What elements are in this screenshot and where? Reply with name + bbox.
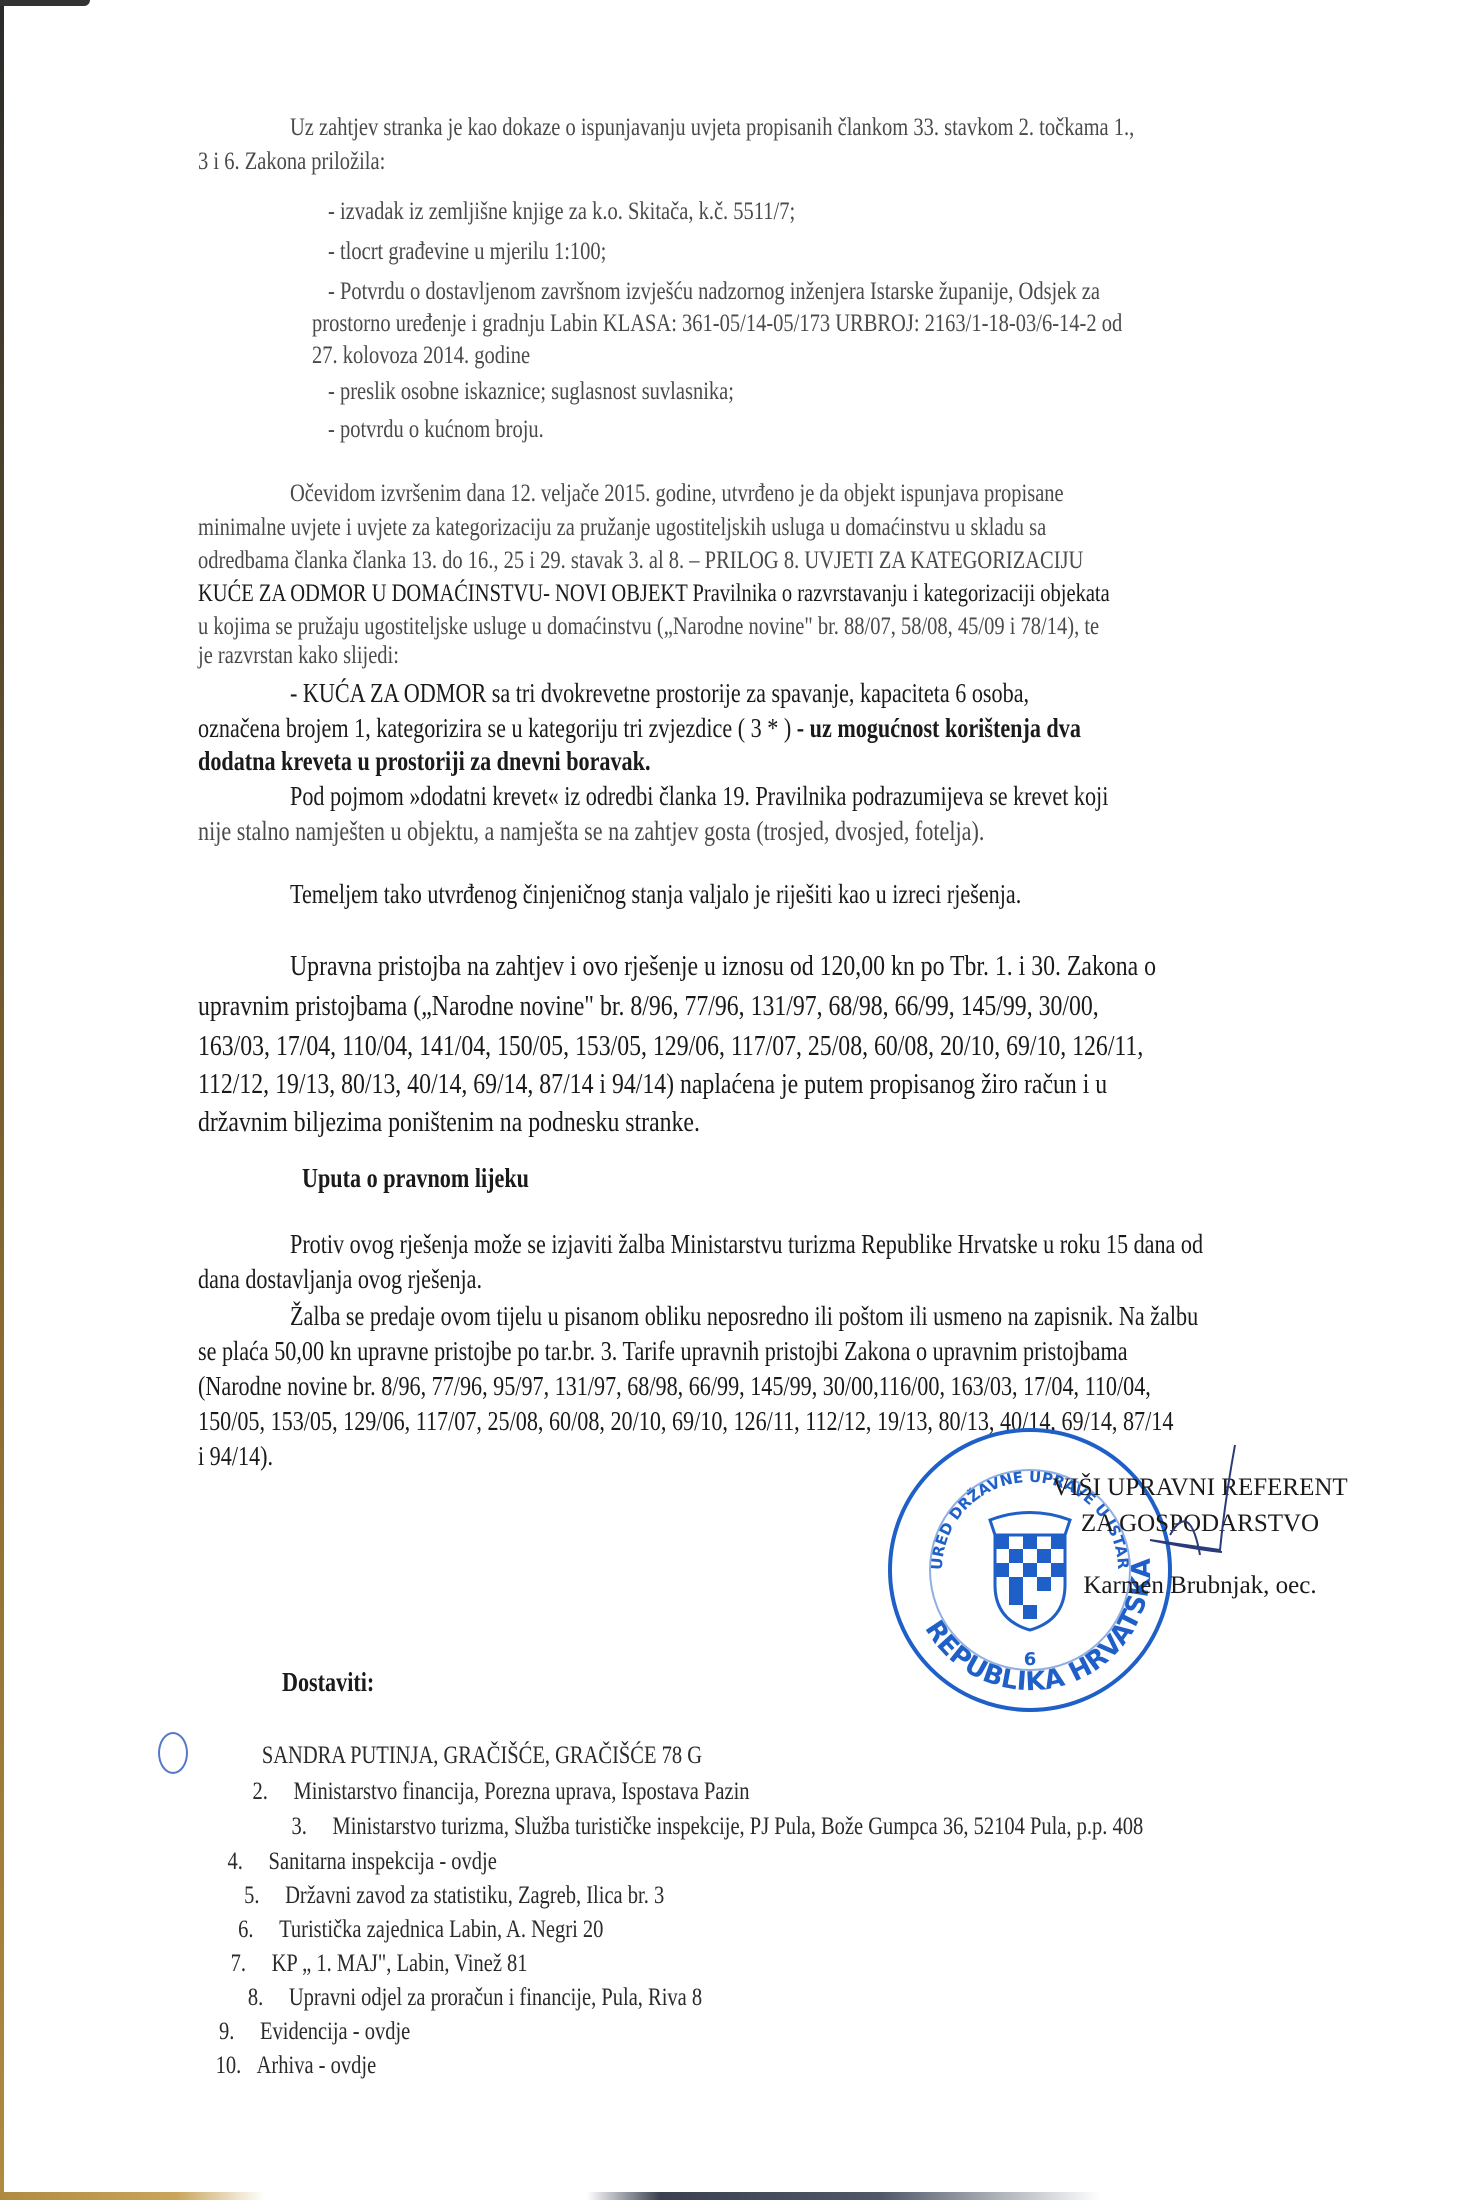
intro-line-2: 3 i 6. Zakona priložila: xyxy=(198,146,385,178)
fee-line: upravnim pristojbama („Narodne novine" b… xyxy=(198,990,1099,1022)
fee-line: 163/03, 17/04, 110/04, 141/04, 150/05, 1… xyxy=(198,1030,1143,1062)
legal-remedy-line: Žalba se predaje ovom tijelu u pisanom o… xyxy=(290,1300,1198,1332)
fee-line: Upravna pristojba na zahtjev i ovo rješe… xyxy=(290,950,1156,982)
classification-line-1: - KUĆA ZA ODMOR sa tri dvokrevetne prost… xyxy=(290,677,1029,709)
classification-line-2: označena brojem 1, kategorizira se u kat… xyxy=(198,712,1081,744)
conclusion-text: Temeljem tako utvrđenog činjeničnog stan… xyxy=(290,878,1021,910)
legal-remedy-heading: Uputa o pravnom lijeku xyxy=(302,1162,529,1194)
handwritten-circle-mark xyxy=(158,1732,188,1774)
legal-remedy-line: Protiv ovog rješenja može se izjaviti ža… xyxy=(290,1228,1203,1260)
recipient-item: 9.Evidencija - ovdje xyxy=(219,2016,410,2048)
attachment-item: - izvadak iz zemljišne knjige za k.o. Sk… xyxy=(328,196,795,228)
legal-remedy-line: se plaća 50,00 kn upravne pristojbe po t… xyxy=(198,1335,1128,1367)
attachment-item: - preslik osobne iskaznice; suglasnost s… xyxy=(328,376,734,408)
legal-remedy-line: (Narodne novine br. 8/96, 77/96, 95/97, … xyxy=(198,1370,1151,1402)
recipient-item: 6.Turistička zajednica Labin, A. Negri 2… xyxy=(238,1914,603,1946)
classification-extra-beds: - uz mogućnost korištenja dva xyxy=(791,713,1081,743)
recipient-item: 7.KP „ 1. MAJ", Labin, Vinež 81 xyxy=(231,1948,528,1980)
recipient-item: 10.Arhiva - ovdje xyxy=(216,2050,377,2082)
attachment-item: - tlocrt građevine u mjerilu 1:100; xyxy=(328,236,606,268)
classification-rooms: sa tri dvokrevetne prostorije za spavanj… xyxy=(486,678,1029,708)
inspection-line: odredbama članka članka 13. do 16., 25 i… xyxy=(198,545,1083,577)
inspection-line: minimalne uvjete i uvjete za kategorizac… xyxy=(198,512,1046,544)
attachment-item-cont: 27. kolovoza 2014. godine xyxy=(312,340,530,372)
classification-house-type: KUĆA ZA ODMOR xyxy=(303,678,486,708)
recipient-item: 5.Državni zavod za statistiku, Zagreb, I… xyxy=(244,1880,664,1912)
attachment-item: - potvrdu o kućnom broju. xyxy=(328,414,544,446)
handwritten-signature xyxy=(1130,1440,1330,1600)
classification-line-3: dodatna kreveta u prostoriji za dnevni b… xyxy=(198,745,650,777)
inspection-line: Očevidom izvršenim dana 12. veljače 2015… xyxy=(290,478,1064,510)
fee-line: državnim biljezima poništenim na podnesk… xyxy=(198,1106,700,1138)
recipient-item: 4.Sanitarna inspekcija - ovdje xyxy=(228,1846,497,1878)
inspection-line: KUĆE ZA ODMOR U DOMAĆINSTVU- NOVI OBJEKT… xyxy=(198,578,1110,610)
classification-category: označena brojem 1, kategorizira se u kat… xyxy=(198,713,791,743)
classification-dash: - xyxy=(290,678,297,708)
delivery-heading: Dostaviti: xyxy=(282,1666,374,1698)
fee-line: 112/12, 19/13, 80/13, 40/14, 69/14, 87/1… xyxy=(198,1068,1107,1100)
inspection-line: je razvrstan kako slijedi: xyxy=(198,640,399,672)
legal-remedy-line: i 94/14). xyxy=(198,1440,273,1472)
recipient-item: 1.SANDRA PUTINJA, GRAČIŠĆE, GRAČIŠĆE 78 … xyxy=(221,1740,702,1772)
recipient-item: 2.Ministarstvo financija, Porezna uprava… xyxy=(253,1776,750,1808)
document-page: Uz zahtjev stranka je kao dokaze o ispun… xyxy=(0,0,1467,2200)
legal-remedy-line: dana dostavljanja ovog rješenja. xyxy=(198,1263,482,1295)
attachment-item: - Potvrdu o dostavljenom završnom izvješ… xyxy=(328,276,1100,308)
inspection-line: u kojima se pružaju ugostiteljske usluge… xyxy=(198,611,1099,643)
attachment-item-cont: prostorno uređenje i gradnju Labin KLASA… xyxy=(312,308,1122,340)
extra-bed-line-1: Pod pojmom »dodatni krevet« iz odredbi č… xyxy=(290,780,1108,812)
intro-line-1: Uz zahtjev stranka je kao dokaze o ispun… xyxy=(290,112,1134,144)
extra-bed-line-2: nije stalno namješten u objektu, a namje… xyxy=(198,815,984,847)
stamp-number: 6 xyxy=(1024,1649,1037,1670)
recipient-item: 3.Ministarstvo turizma, Služba turističk… xyxy=(291,1811,1143,1843)
recipient-item: 8.Upravni odjel za proračun i financije,… xyxy=(248,1982,702,2014)
